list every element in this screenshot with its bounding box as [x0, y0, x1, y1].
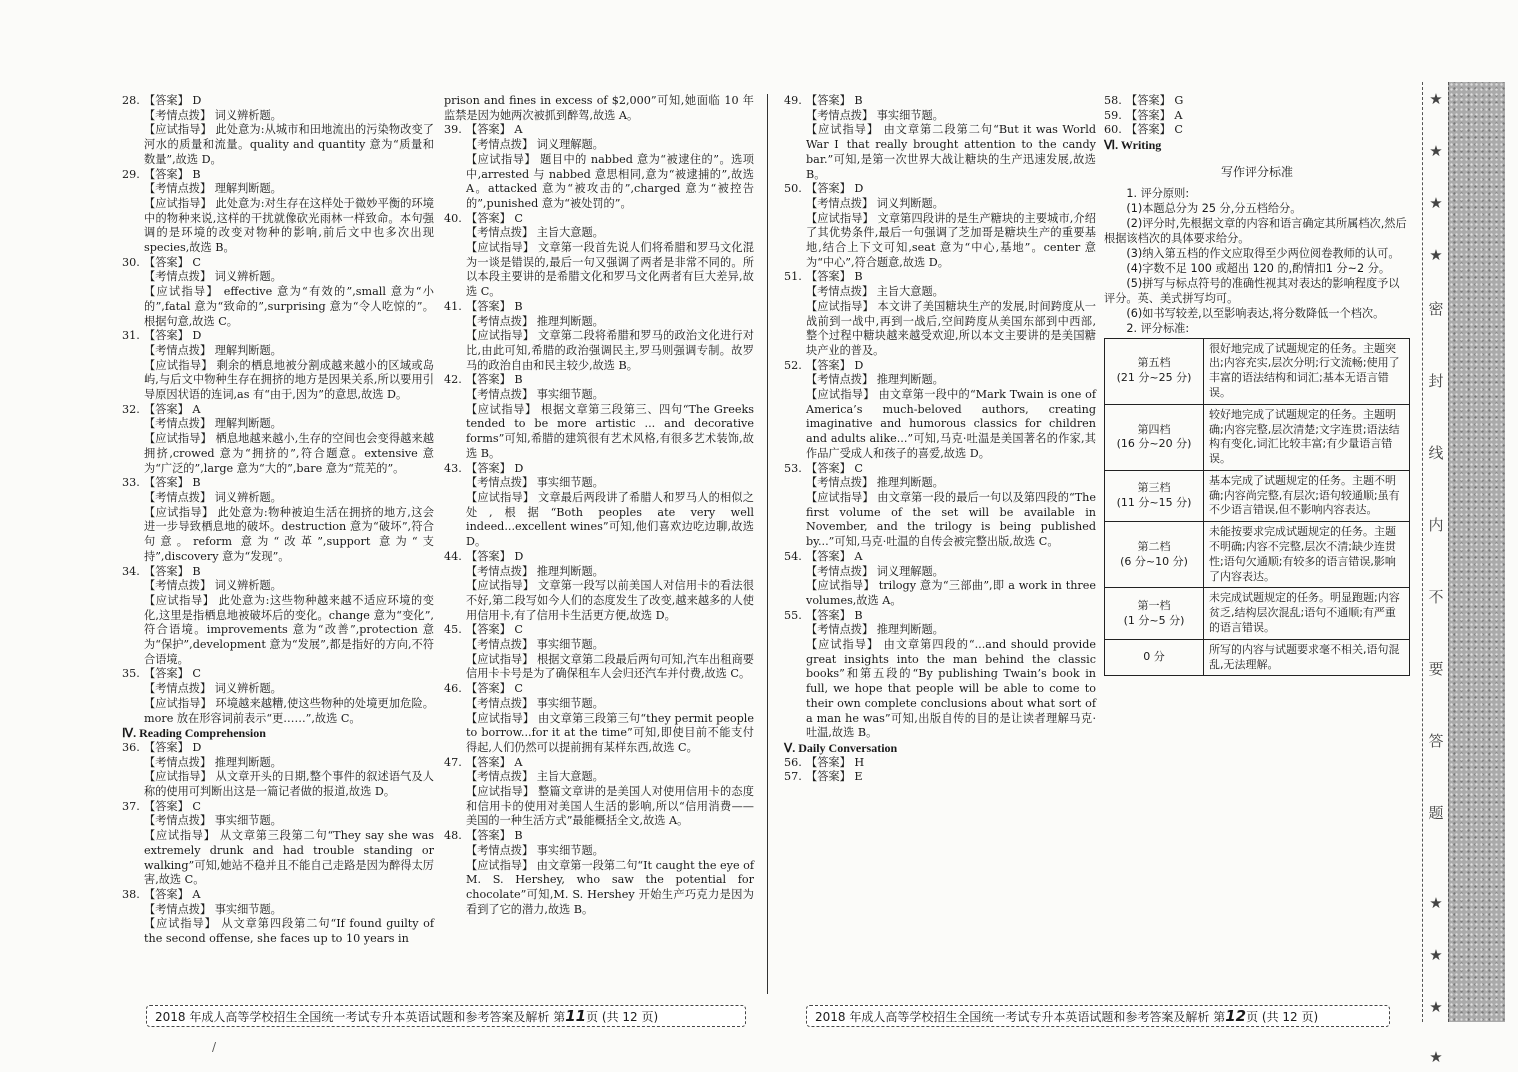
point-label: 【考情点拨】 [466, 770, 533, 783]
guide-label: 【应试指导】 [806, 638, 879, 651]
footer-page-12: 2018 年成人高等学校招生全国统一考试专升本英语试题和参考答案及解析 第12页… [806, 1005, 1390, 1027]
answer-line: 51.【答案】 B [784, 270, 1096, 285]
question-number: 37. [122, 800, 144, 815]
page-total: (共 12 页) [1262, 1010, 1318, 1024]
answer-label: 【答案】 [806, 550, 851, 563]
grade-range: (1 分~5 分) [1110, 614, 1198, 629]
star-icon: ★ [1425, 1048, 1447, 1066]
answer-value: B [851, 94, 863, 107]
answer-line: 38.【答案】 A [122, 888, 434, 903]
answer-item: 34.【答案】 B【考情点拨】 词义辨析题。【应试指导】 此处意为:这些物种越来… [122, 565, 434, 668]
guide-label: 【应试指导】 [466, 153, 536, 166]
point-label: 【考情点拨】 [144, 491, 211, 504]
principles-heading: 1. 评分原则: [1104, 186, 1410, 201]
answer-value: C [189, 667, 201, 680]
point-label: 【考情点拨】 [466, 138, 533, 151]
point-label: 【考情点拨】 [144, 814, 211, 827]
star-icon: ★ [1425, 142, 1447, 160]
footer-title: 2018 年成人高等学校招生全国统一考试专升本英语试题和参考答案及解析 [155, 1010, 549, 1024]
answer-item: 41.【答案】 B【考情点拨】 推理判断题。【应试指导】 文章第二段将希腊和罗马… [444, 300, 754, 374]
point-text: 词义理解题。 [873, 565, 944, 578]
answer-value: D [851, 182, 864, 195]
point-label: 【考情点拨】 [806, 109, 873, 122]
answer-label: 【答案】 [466, 682, 511, 695]
point-line: 【考情点拨】 词义理解题。 [444, 138, 754, 153]
guide-label: 【应试指导】 [144, 594, 215, 607]
column-3: 49.【答案】 B【考情点拨】 事实细节题。【应试指导】 由文章第二段第二句“B… [784, 94, 1096, 785]
answer-line: 43.【答案】 D [444, 462, 754, 477]
question-number: 38. [122, 888, 144, 903]
star-icon: ★ [1425, 246, 1447, 264]
column-4-writing: 58.【答案】 G59.【答案】 A60.【答案】 C Ⅵ. Writing 写… [1104, 94, 1410, 676]
question-number: 34. [122, 565, 144, 580]
point-line: 【考情点拨】 推理判断题。 [784, 373, 1096, 388]
answer-line: 28.【答案】 D [122, 94, 434, 109]
star-icon: ★ [1425, 998, 1447, 1016]
question-number: 36. [122, 741, 144, 756]
answer-value: D [851, 359, 864, 372]
answer-line: 48.【答案】 B [444, 829, 754, 844]
answer-item: 39.【答案】 A【考情点拨】 词义理解题。【应试指导】 题目中的 nabbed… [444, 123, 754, 211]
point-label: 【考情点拨】 [466, 388, 533, 401]
answer-value: D [511, 462, 524, 475]
question-number: 42. [444, 373, 466, 388]
guide-text: 由文章第四段的“...and should provide great insi… [806, 638, 1096, 739]
grade-level-cell: 0 分 [1105, 639, 1204, 676]
answer-item: 30.【答案】 C【考情点拨】 词义辨析题。【应试指导】 effective 意… [122, 256, 434, 330]
answer-item: 28.【答案】 D【考情点拨】 词义辨析题。【应试指导】 此处意为:从城市和田地… [122, 94, 434, 168]
question-number: 28. [122, 94, 144, 109]
guide-line: 【应试指导】 effective 意为“有效的”,small 意为“小的”,fa… [122, 285, 434, 329]
answer-item: 49.【答案】 B【考情点拨】 事实细节题。【应试指导】 由文章第二段第二句“B… [784, 94, 1096, 182]
answer-label: 【答案】 [466, 623, 511, 636]
question-number: 59. [1104, 109, 1126, 124]
point-text: 词义判断题。 [873, 197, 944, 210]
grade-description: 较好地完成了试题规定的任务。主题明确;内容完整,层次清楚;文字连贯;语法结构有变… [1204, 404, 1410, 470]
point-label: 【考情点拨】 [144, 109, 211, 122]
answer-value: B [511, 373, 523, 386]
answer-label: 【答案】 [466, 373, 511, 386]
answer-item: 53.【答案】 C【考情点拨】 推理判断题。【应试指导】 由文章第一段的最后一句… [784, 462, 1096, 550]
point-line: 【考情点拨】 推理判断题。 [122, 756, 434, 771]
question-number: 51. [784, 270, 806, 285]
answer-label: 【答案】 [144, 741, 189, 754]
point-text: 事实细节题。 [533, 697, 604, 710]
answer-value: B [851, 609, 863, 622]
point-text: 理解判断题。 [211, 182, 282, 195]
point-line: 【考情点拨】 事实细节题。 [444, 844, 754, 859]
point-text: 事实细节题。 [533, 844, 604, 857]
answer-label: 【答案】 [144, 667, 189, 680]
answer-value: C [511, 682, 523, 695]
answer-label: 【答案】 [144, 403, 189, 416]
guide-label: 【应试指导】 [466, 579, 534, 592]
answer-item: 43.【答案】 D【考情点拨】 事实细节题。【应试指导】 文章最后两段讲了希腊人… [444, 462, 754, 550]
question-number: 49. [784, 94, 806, 109]
answer-line: 36.【答案】 D [122, 741, 434, 756]
point-line: 【考情点拨】 词义辨析题。 [122, 579, 434, 594]
answer-item: 47.【答案】 A【考情点拨】 主旨大意题。【应试指导】 整篇文章讲的是美国人对… [444, 756, 754, 830]
question-number: 56. [784, 756, 806, 771]
guide-label: 【应试指导】 [466, 785, 534, 798]
point-label: 【考情点拨】 [144, 756, 211, 769]
answer-label: 【答案】 [466, 462, 511, 475]
answer-label: 【答案】 [466, 123, 511, 136]
answer-label: 【答案】 [466, 212, 511, 225]
answer-label: 【答案】 [1126, 123, 1171, 136]
guide-label: 【应试指导】 [144, 506, 214, 519]
point-line: 【考情点拨】 词义辨析题。 [122, 682, 434, 697]
guide-line: 【应试指导】 由文章第一段中的“Mark Twain is one of Ame… [784, 388, 1096, 462]
guide-line: 【应试指导】 从文章第四段第二句“If found guilty of the … [122, 917, 434, 946]
grade-level: 第三档 [1110, 481, 1198, 496]
seal-char: 密 [1425, 298, 1447, 319]
guide-label: 【应试指导】 [144, 197, 212, 210]
grade-range: (11 分~15 分) [1110, 496, 1198, 511]
grade-row: 第三档(11 分~15 分)基本完成了试题规定的任务。主题不明确;内容尚完整,有… [1105, 470, 1410, 521]
answer-line: 55.【答案】 B [784, 609, 1096, 624]
answer-label: 【答案】 [144, 329, 189, 342]
answer-item: 36.【答案】 D【考情点拨】 推理判断题。【应试指导】 从文章开头的日期,整个… [122, 741, 434, 800]
point-text: 事实细节题。 [873, 109, 944, 122]
guide-line: 【应试指导】 文章第二段将希腊和罗马的政治文化进行对比,由此可知,希腊的政治强调… [444, 329, 754, 373]
answer-label: 【答案】 [144, 565, 189, 578]
answer-value: D [189, 741, 202, 754]
answer-label: 【答案】 [806, 182, 851, 195]
answer-line: 37.【答案】 C [122, 800, 434, 815]
answer-item: 54.【答案】 A【考情点拨】 词义理解题。【应试指导】 trilogy 意为“… [784, 550, 1096, 609]
stray-mark: / [212, 1040, 216, 1054]
guide-line: 【应试指导】 根据文章第二段最后两句可知,汽车出租商要信用卡卡号是为了确保租车人… [444, 653, 754, 682]
grade-level: 0 分 [1110, 650, 1198, 665]
answer-label: 【答案】 [466, 300, 511, 313]
seal-char: 要 [1425, 658, 1447, 679]
answer-line: 33.【答案】 B [122, 476, 434, 491]
point-line: 【考情点拨】 事实细节题。 [444, 476, 754, 491]
guide-line: 【应试指导】 由文章第三段第三句“they permit people to b… [444, 712, 754, 756]
point-text: 词义辨析题。 [211, 270, 282, 283]
guide-label: 【应试指导】 [466, 329, 534, 342]
grade-row: 0 分所写的内容与试题要求毫不相关,语句混乱,无法理解。 [1105, 639, 1410, 676]
answer-item: 48.【答案】 B【考情点拨】 事实细节题。【应试指导】 由文章第一段第二句“I… [444, 829, 754, 917]
answer-line: 46.【答案】 C [444, 682, 754, 697]
point-line: 【考情点拨】 主旨大意题。 [444, 770, 754, 785]
guide-line: 【应试指导】 由文章第二段第二句“But it was World War Ⅰ … [784, 123, 1096, 182]
page-divider [767, 94, 768, 994]
answer-value: A [189, 403, 201, 416]
section-heading: Ⅴ. Daily Conversation [784, 741, 1096, 756]
answer-value: C [511, 623, 523, 636]
point-text: 推理判断题。 [873, 623, 944, 636]
question-number: 54. [784, 550, 806, 565]
question-number: 39. [444, 123, 466, 138]
grade-level: 第五档 [1110, 356, 1198, 371]
answer-line: 34.【答案】 B [122, 565, 434, 580]
answer-line: 41.【答案】 B [444, 300, 754, 315]
guide-label: 【应试指导】 [806, 388, 875, 401]
answer-value: D [189, 94, 202, 107]
answer-item: 32.【答案】 A【考情点拨】 理解判断题。【应试指导】 栖息地越来越小,生存的… [122, 403, 434, 477]
grade-description: 很好地完成了试题规定的任务。主题突出;内容充实,层次分明;行文流畅;使用了丰富的… [1204, 338, 1410, 404]
guide-label: 【应试指导】 [806, 300, 874, 313]
answer-item: 38.【答案】 A【考情点拨】 事实细节题。【应试指导】 从文章第四段第二句“I… [122, 888, 434, 947]
guide-line: 【应试指导】 题目中的 nabbed 意为“被逮住的”。选项中,arrested… [444, 153, 754, 212]
answer-line: 56.【答案】 H [784, 756, 1096, 771]
point-line: 【考情点拨】 事实细节题。 [444, 697, 754, 712]
guide-line: 【应试指导】 此处意为:这些物种越来越不适应环境的变化,这里是指栖息地被破坏后的… [122, 594, 434, 668]
point-label: 【考情点拨】 [466, 638, 533, 651]
guide-line: 【应试指导】 剩余的栖息地被分割成越来越小的区域或岛屿,与后文中物种生存在拥挤的… [122, 359, 434, 403]
section-writing-heading: Ⅵ. Writing [1104, 138, 1410, 153]
question-number: 30. [122, 256, 144, 271]
answer-label: 【答案】 [144, 256, 189, 269]
answer-label: 【答案】 [466, 829, 511, 842]
writing-criteria-title: 写作评分标准 [1104, 165, 1410, 180]
question-number: 58. [1104, 94, 1126, 109]
grade-row: 第五档(21 分~25 分)很好地完成了试题规定的任务。主题突出;内容充实,层次… [1105, 338, 1410, 404]
grade-level-cell: 第一档(1 分~5 分) [1105, 588, 1204, 639]
answer-value: D [189, 329, 202, 342]
guide-label: 【应试指导】 [144, 697, 212, 710]
guide-line: 【应试指导】 本文讲了美国糖块生产的发展,时间跨度从一战前到一战中,再到一战后,… [784, 300, 1096, 359]
guide-label: 【应试指导】 [144, 917, 217, 930]
star-icon: ★ [1425, 194, 1447, 212]
answer-label: 【答案】 [1126, 109, 1171, 122]
footer-page-11: 2018 年成人高等学校招生全国统一考试专升本英语试题和参考答案及解析 第11页… [146, 1005, 746, 1027]
principle-item: (4)字数不足 100 或超出 120 的,酌情扣1 分~2 分。 [1104, 261, 1410, 276]
point-line: 【考情点拨】 词义判断题。 [784, 197, 1096, 212]
page-total: (共 12 页) [602, 1010, 658, 1024]
guide-label: 【应试指导】 [806, 579, 875, 592]
point-label: 【考情点拨】 [466, 476, 533, 489]
grade-level-cell: 第二档(6 分~10 分) [1105, 522, 1204, 588]
answer-value: C [851, 462, 863, 475]
point-label: 【考情点拨】 [144, 579, 211, 592]
question-number: 31. [122, 329, 144, 344]
guide-label: 【应试指导】 [466, 491, 534, 504]
seal-char: 线 [1425, 442, 1447, 463]
binding-texture [1448, 82, 1505, 1022]
guide-label: 【应试指导】 [806, 212, 874, 225]
point-line: 【考情点拨】 推理判断题。 [444, 565, 754, 580]
question-number: 41. [444, 300, 466, 315]
answer-item: 35.【答案】 C【考情点拨】 词义辨析题。【应试指导】 环境越来越糟,使这些物… [122, 667, 434, 726]
answer-value: C [1171, 123, 1183, 136]
point-label: 【考情点拨】 [806, 476, 873, 489]
question-number: 40. [444, 212, 466, 227]
point-line: 【考情点拨】 事实细节题。 [444, 388, 754, 403]
point-text: 主旨大意题。 [873, 285, 944, 298]
guide-label: 【应试指导】 [806, 491, 874, 504]
answer-label: 【答案】 [806, 462, 851, 475]
guide-line: 【应试指导】 由文章第一段的最后一句以及第四段的“The first volum… [784, 491, 1096, 550]
point-label: 【考情点拨】 [144, 270, 211, 283]
guide-line: 【应试指导】 整篇文章讲的是美国人对使用信用卡的态度和信用卡的使用对美国人生活的… [444, 785, 754, 829]
point-text: 主旨大意题。 [533, 226, 604, 239]
answer-item: 37.【答案】 C【考情点拨】 事实细节题。【应试指导】 从文章第三段第二句“T… [122, 800, 434, 888]
answer-label: 【答案】 [144, 800, 189, 813]
point-line: 【考情点拨】 事实细节题。 [444, 638, 754, 653]
column-2: prison and fines in excess of $2,000”可知,… [444, 94, 754, 917]
point-label: 【考情点拨】 [144, 344, 211, 357]
question-number: 45. [444, 623, 466, 638]
question-number: 55. [784, 609, 806, 624]
point-text: 理解判断题。 [211, 417, 282, 430]
point-line: 【考情点拨】 事实细节题。 [784, 109, 1096, 124]
answer-line: 50.【答案】 D [784, 182, 1096, 197]
question-number: 60. [1104, 123, 1126, 138]
point-text: 推理判断题。 [533, 565, 604, 578]
answer-value: D [511, 550, 524, 563]
point-line: 【考情点拨】 词义辨析题。 [122, 491, 434, 506]
grade-description: 未能按要求完成试题规定的任务。主题不明确;内容不完整,层次不清;缺少连贯性;语句… [1204, 522, 1410, 588]
answer-item: 42.【答案】 B【考情点拨】 事实细节题。【应试指导】 根据文章第三段第三、四… [444, 373, 754, 461]
point-text: 推理判断题。 [211, 756, 282, 769]
guide-line: 【应试指导】 文章第四段讲的是生产糖块的主要城市,介绍了其优势条件,最后一句强调… [784, 212, 1096, 271]
principle-item: (3)纳入第五档的作文应取得至少两位阅卷教师的认可。 [1104, 246, 1410, 261]
answer-line: 58.【答案】 G [1104, 94, 1410, 109]
guide-line: 【应试指导】 环境越来越糟,使这些物种的处境更加危险。more 放在形容词前表示… [122, 697, 434, 726]
answer-line: 52.【答案】 D [784, 359, 1096, 374]
point-label: 【考情点拨】 [806, 197, 873, 210]
point-label: 【考情点拨】 [466, 697, 533, 710]
answer-label: 【答案】 [144, 168, 189, 181]
page-prefix: 第 [553, 1010, 565, 1024]
answer-value: G [1171, 94, 1184, 107]
point-line: 【考情点拨】 推理判断题。 [444, 315, 754, 330]
question-number: 29. [122, 168, 144, 183]
question-number: 43. [444, 462, 466, 477]
answer-value: H [851, 756, 864, 769]
question-number: 33. [122, 476, 144, 491]
point-text: 事实细节题。 [533, 476, 604, 489]
answer-line: 60.【答案】 C [1104, 123, 1410, 138]
answer-line: 42.【答案】 B [444, 373, 754, 388]
point-line: 【考情点拨】 主旨大意题。 [444, 226, 754, 241]
footer-title: 2018 年成人高等学校招生全国统一考试专升本英语试题和参考答案及解析 [815, 1010, 1209, 1024]
point-label: 【考情点拨】 [144, 417, 211, 430]
principle-item: (1)本题总分为 25 分,分五档给分。 [1104, 201, 1410, 216]
question-number: 52. [784, 359, 806, 374]
answer-item: 40.【答案】 C【考情点拨】 主旨大意题。【应试指导】 文章第一段首先说人们将… [444, 212, 754, 300]
grade-level-cell: 第三档(11 分~15 分) [1105, 470, 1204, 521]
point-text: 词义辨析题。 [211, 682, 282, 695]
guide-line: 【应试指导】 此处意为:从城市和田地流出的污染物改变了河水的质量和流量。qual… [122, 123, 434, 167]
guide-label: 【应试指导】 [144, 123, 212, 136]
answer-value: B [189, 565, 201, 578]
page-suffix: 页 [1246, 1010, 1258, 1024]
point-line: 【考情点拨】 推理判断题。 [784, 623, 1096, 638]
answer-item: 50.【答案】 D【考情点拨】 词义判断题。【应试指导】 文章第四段讲的是生产糖… [784, 182, 1096, 270]
question-number: 48. [444, 829, 466, 844]
answer-label: 【答案】 [144, 476, 189, 489]
answer-line: 49.【答案】 B [784, 94, 1096, 109]
continued-text: prison and fines in excess of $2,000”可知,… [444, 94, 754, 123]
answer-value: E [851, 770, 863, 783]
guide-line: 【应试指导】 从文章开头的日期,整个事件的叙述语气及人称的使用可判断出这是一篇记… [122, 770, 434, 799]
principle-item: (5)拼写与标点符号的准确性视其对表达的影响程度予以评分。英、美式拼写均可。 [1104, 276, 1410, 306]
question-number: 50. [784, 182, 806, 197]
question-number: 44. [444, 550, 466, 565]
grading-table: 第五档(21 分~25 分)很好地完成了试题规定的任务。主题突出;内容充实,层次… [1104, 338, 1410, 677]
point-label: 【考情点拨】 [466, 226, 533, 239]
answer-item: 29.【答案】 B【考情点拨】 理解判断题。【应试指导】 此处意为:对生存在这样… [122, 168, 434, 256]
answer-item: 33.【答案】 B【考情点拨】 词义辨析题。【应试指导】 此处意为:物种被迫生活… [122, 476, 434, 564]
page-prefix: 第 [1213, 1010, 1225, 1024]
answer-item: 56.【答案】 H [784, 756, 1096, 771]
seal-char: 内 [1425, 514, 1447, 535]
answer-label: 【答案】 [806, 609, 851, 622]
answer-label: 【答案】 [806, 270, 851, 283]
answer-line: 57.【答案】 E [784, 770, 1096, 785]
guide-line: 【应试指导】 文章最后两段讲了希腊人和罗马人的相似之处,根据“Both peop… [444, 491, 754, 550]
point-label: 【考情点拨】 [466, 565, 533, 578]
grade-description: 所写的内容与试题要求毫不相关,语句混乱,无法理解。 [1204, 639, 1410, 676]
guide-label: 【应试指导】 [144, 432, 212, 445]
answer-value: C [511, 212, 523, 225]
answer-item: 45.【答案】 C【考情点拨】 事实细节题。【应试指导】 根据文章第二段最后两句… [444, 623, 754, 682]
grade-description: 基本完成了试题规定的任务。主题不明确;内容尚完整,有层次;语句较通顺;虽有不少语… [1204, 470, 1410, 521]
star-icon: ★ [1425, 90, 1447, 108]
guide-label: 【应试指导】 [466, 653, 533, 666]
point-label: 【考情点拨】 [466, 315, 533, 328]
answer-line: 45.【答案】 C [444, 623, 754, 638]
point-text: 词义理解题。 [533, 138, 604, 151]
answer-value: A [511, 756, 523, 769]
point-label: 【考情点拨】 [806, 285, 873, 298]
answer-label: 【答案】 [1126, 94, 1171, 107]
star-icon: ★ [1425, 946, 1447, 964]
answer-line: 32.【答案】 A [122, 403, 434, 418]
grade-range: (16 分~20 分) [1110, 437, 1198, 452]
seal-char: 答 [1425, 730, 1447, 751]
guide-label: 【应试指导】 [806, 123, 879, 136]
point-label: 【考情点拨】 [144, 903, 211, 916]
point-label: 【考情点拨】 [144, 182, 211, 195]
answer-item: 55.【答案】 B【考情点拨】 推理判断题。【应试指导】 由文章第四段的“...… [784, 609, 1096, 741]
answer-line: 54.【答案】 A [784, 550, 1096, 565]
point-text: 事实细节题。 [211, 903, 282, 916]
principle-item: (2)评分时,先根据文章的内容和语言确定其所属档次,然后根据该档次的具体要求给分… [1104, 216, 1410, 246]
guide-line: 【应试指导】 从文章第三段第二句“They say she was extrem… [122, 829, 434, 888]
grade-row: 第二档(6 分~10 分)未能按要求完成试题规定的任务。主题不明确;内容不完整,… [1105, 522, 1410, 588]
guide-label: 【应试指导】 [144, 285, 219, 298]
grade-row: 第一档(1 分~5 分)未完成试题规定的任务。明显跑题;内容贫乏,结构层次混乱;… [1105, 588, 1410, 639]
grade-level: 第一档 [1110, 599, 1198, 614]
point-text: 词义辨析题。 [211, 491, 282, 504]
point-line: 【考情点拨】 事实细节题。 [122, 903, 434, 918]
guide-line: 【应试指导】 文章第一段首先说人们将希腊和罗马文化混为一谈是错误的,最后一句又强… [444, 241, 754, 300]
column-1: 28.【答案】 D【考情点拨】 词义辨析题。【应试指导】 此处意为:从城市和田地… [122, 94, 434, 947]
point-line: 【考情点拨】 词义辨析题。 [122, 270, 434, 285]
point-line: 【考情点拨】 理解判断题。 [122, 417, 434, 432]
grade-range: (6 分~10 分) [1110, 555, 1198, 570]
point-text: 推理判断题。 [873, 476, 944, 489]
question-number: 53. [784, 462, 806, 477]
page-suffix: 页 [586, 1010, 598, 1024]
answer-line: 29.【答案】 B [122, 168, 434, 183]
answer-line: 40.【答案】 C [444, 212, 754, 227]
answer-label: 【答案】 [806, 359, 851, 372]
question-number: 47. [444, 756, 466, 771]
answer-label: 【答案】 [144, 94, 189, 107]
page-number: 11 [565, 1007, 586, 1025]
guide-label: 【应试指导】 [144, 359, 213, 372]
grade-level-cell: 第五档(21 分~25 分) [1105, 338, 1204, 404]
answer-value: B [511, 829, 523, 842]
answer-line: 39.【答案】 A [444, 123, 754, 138]
grade-range: (21 分~25 分) [1110, 371, 1198, 386]
